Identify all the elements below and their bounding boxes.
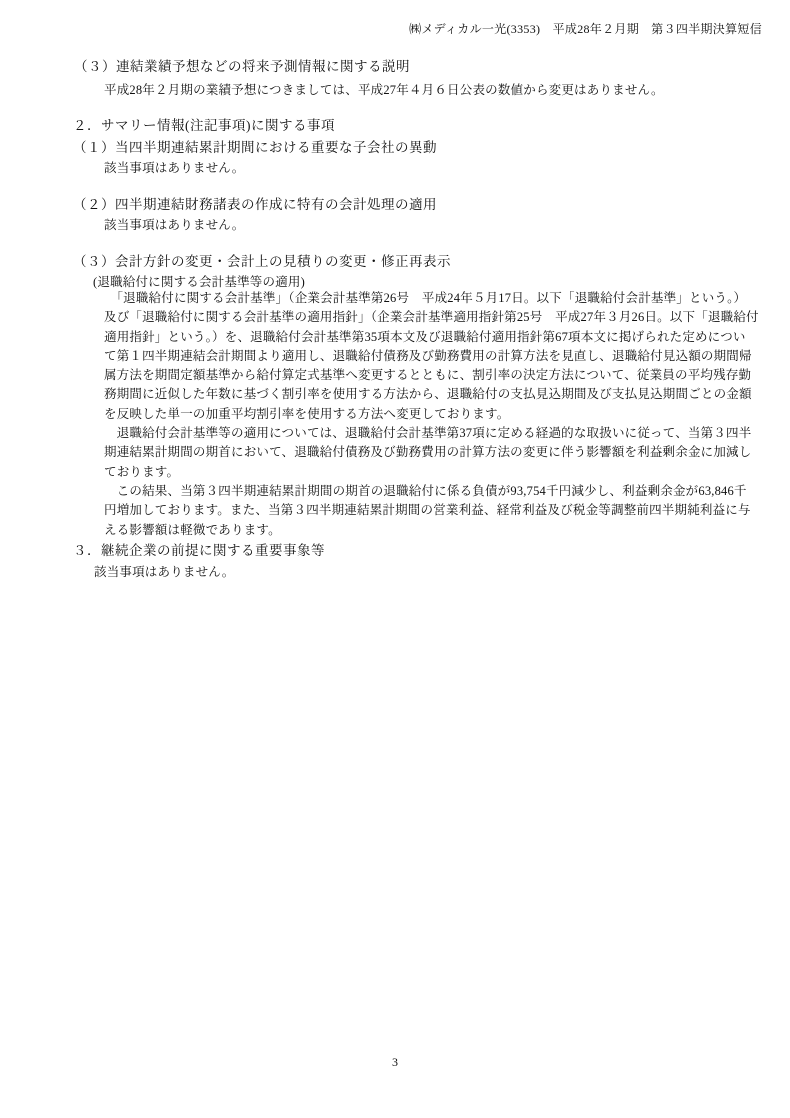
paragraph-line: 及び「退職給付に関する会計基準の適用指針」（企業会計基準適用指針第25号 平成2… — [104, 308, 752, 327]
paragraph-line: える影響額は軽微であります。 — [104, 521, 752, 540]
paragraph-line: を反映した単一の加重平均割引率を使用する方法へ変更しております。 — [104, 405, 752, 424]
heading-forecast: （３）連結業績予想などの将来予測情報に関する説明 — [74, 55, 410, 75]
document-page: ㈱メディカル一光(3353) 平成28年２月期 第３四半期決算短信 （３）連結業… — [0, 0, 790, 1118]
retirement-benefit-note: (退職給付に関する会計基準等の適用) — [93, 272, 305, 290]
heading-subsidiary-changes: （１）当四半期連結累計期間における重要な子会社の異動 — [73, 136, 437, 156]
paragraph-line: 期連結累計期間の期首において、退職給付債務及び勤務費用の計算方法の変更に伴う影響… — [104, 443, 752, 462]
paragraph-line: 適用指針」という。）を、退職給付会計基準第35項本文及び退職給付適用指針第67項… — [104, 328, 752, 347]
document-header: ㈱メディカル一光(3353) 平成28年２月期 第３四半期決算短信 — [409, 20, 762, 37]
heading-going-concern: ３．継続企業の前提に関する重要事象等 — [73, 539, 325, 559]
heading-accounting-procedures: （２）四半期連結財務諸表の作成に特有の会計処理の適用 — [73, 193, 437, 213]
retirement-benefit-paragraph: 「退職給付に関する会計基準」（企業会計基準第26号 平成24年５月17日。以下「… — [104, 289, 752, 540]
paragraph-line: 属方法を期間定額基準から給付算定式基準へ変更するとともに、割引率の決定方法につい… — [104, 366, 752, 385]
paragraph-line: 退職給付会計基準等の適用については、退職給付会計基準第37項に定める経過的な取扱… — [104, 424, 752, 443]
paragraph-line: て第１四半期連結会計期間より適用し、退職給付債務及び勤務費用の計算方法を見直し、… — [104, 347, 752, 366]
accounting-procedures-body: 該当事項はありません。 — [104, 215, 244, 233]
going-concern-body: 該当事項はありません。 — [94, 562, 234, 580]
paragraph-line: この結果、当第３四半期連結累計期間の期首の退職給付に係る負債が93,754千円減… — [104, 482, 752, 501]
page-number: 3 — [0, 1055, 790, 1070]
paragraph-line: 務期間に近似した年数に基づく割引率を使用する方法から、退職給付の支払見込期間及び… — [104, 385, 752, 404]
heading-summary: ２．サマリー情報(注記事項)に関する事項 — [73, 114, 335, 134]
forecast-body: 平成28年２月期の業績予想につきましては、平成27年４月６日公表の数値から変更は… — [104, 80, 664, 98]
subsidiary-changes-body: 該当事項はありません。 — [104, 158, 244, 176]
paragraph-line: 「退職給付に関する会計基準」（企業会計基準第26号 平成24年５月17日。以下「… — [104, 289, 752, 308]
paragraph-line: ております。 — [104, 463, 752, 482]
heading-accounting-policy-changes: （３）会計方針の変更・会計上の見積りの変更・修正再表示 — [73, 250, 451, 270]
paragraph-line: 円増加しております。また、当第３四半期連結累計期間の営業利益、経常利益及び税金等… — [104, 501, 752, 520]
